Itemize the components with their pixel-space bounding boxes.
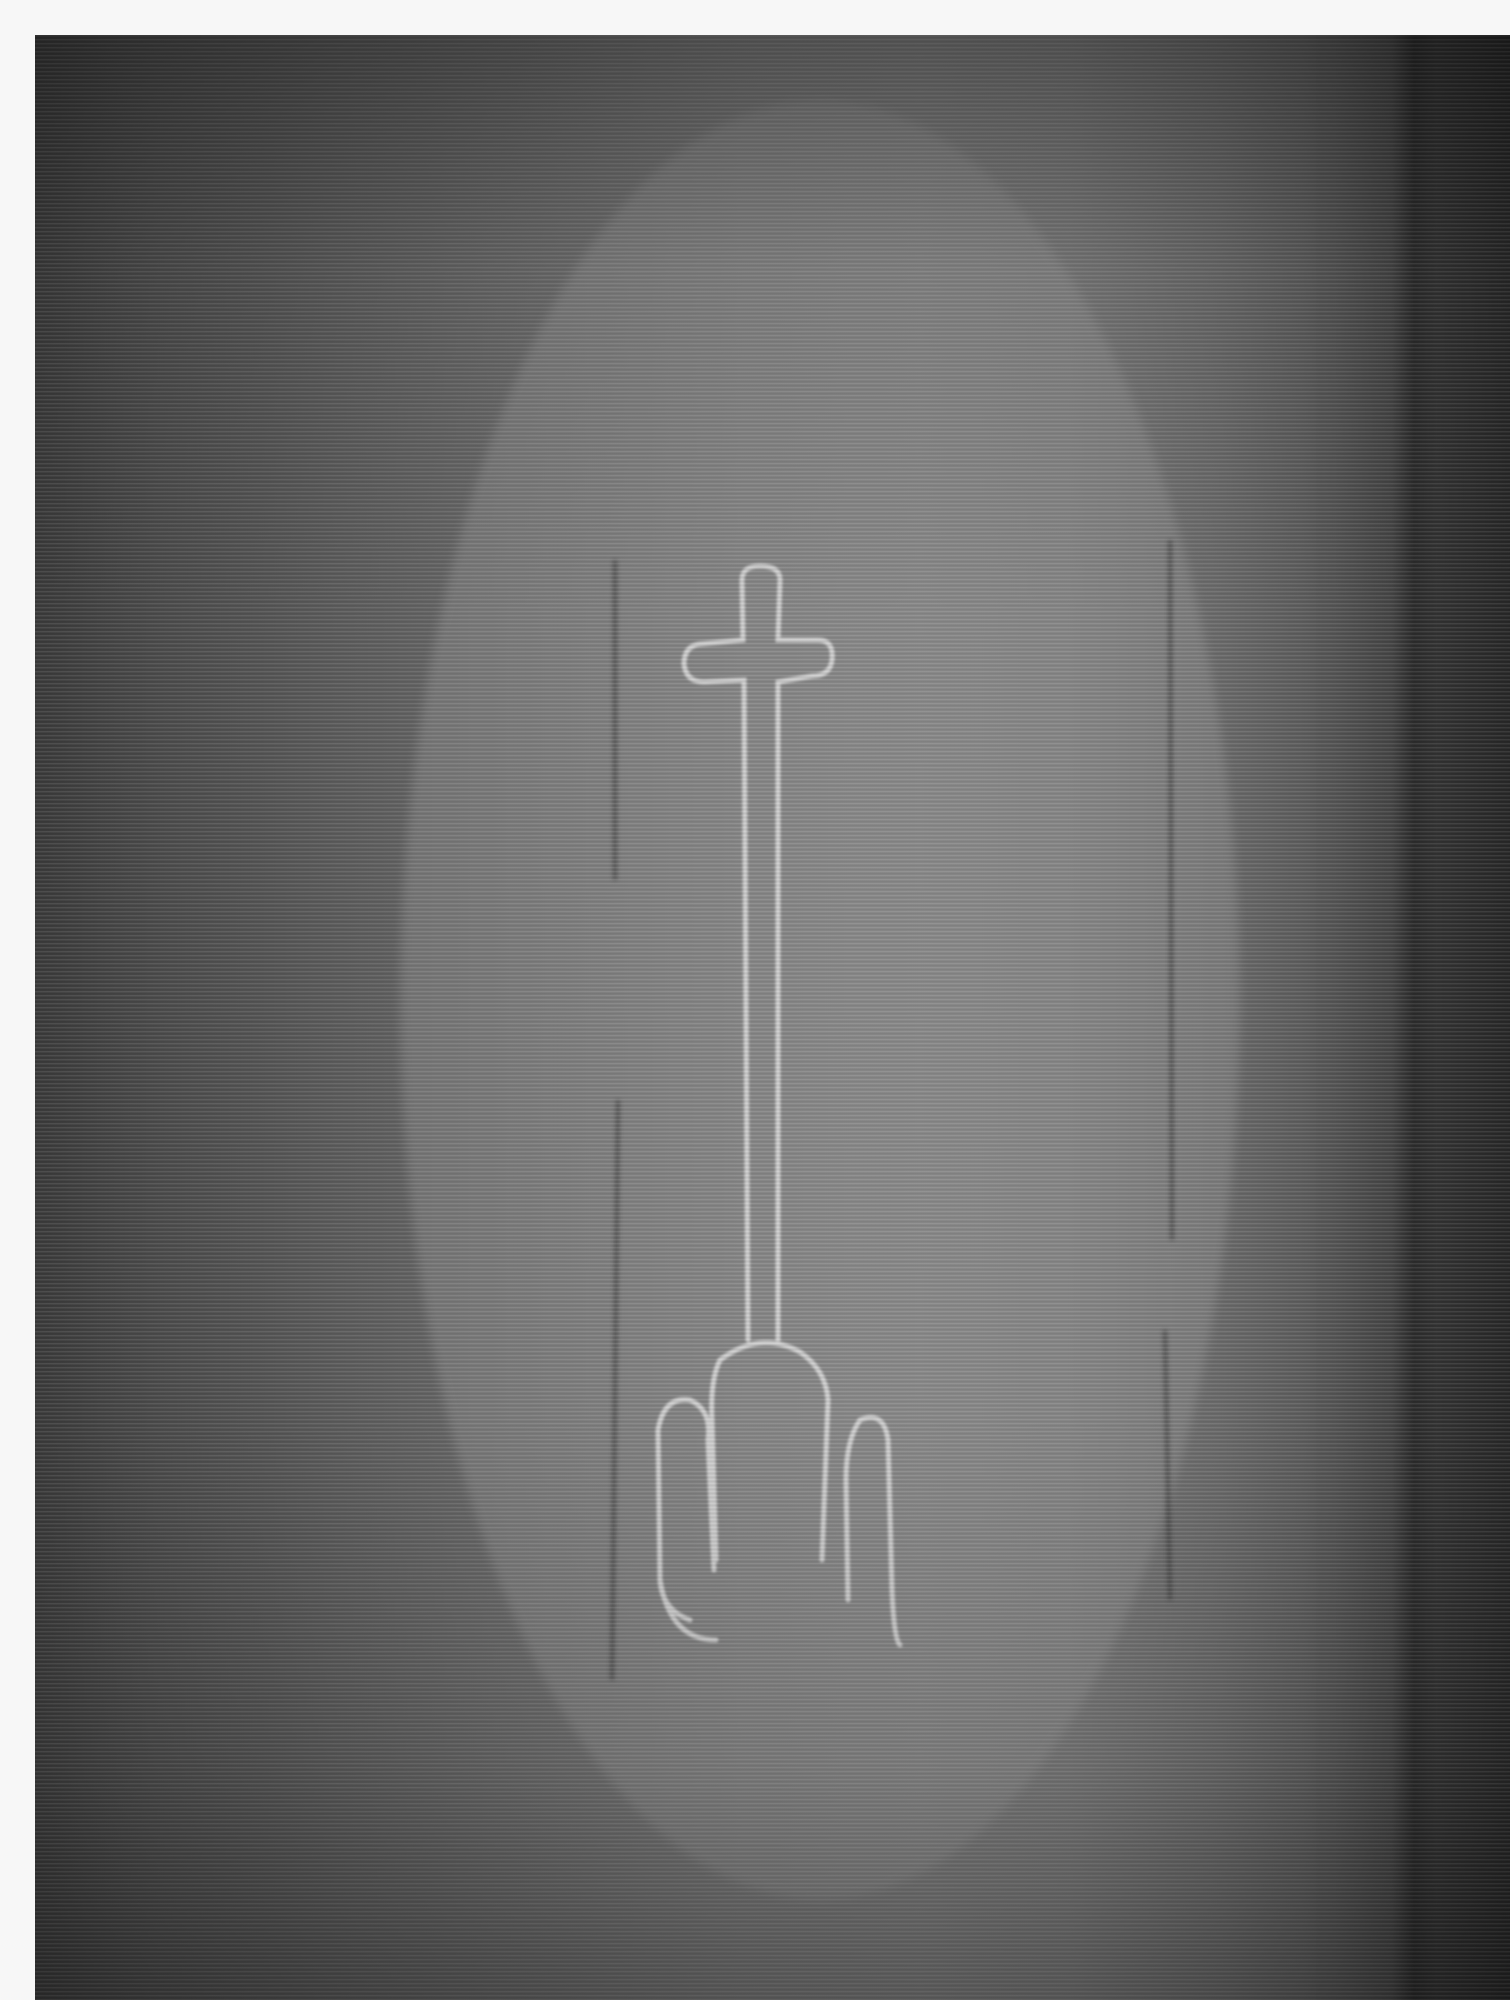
top-ruler-ticks — [0, 0, 1510, 35]
left-ruler-ticks — [0, 0, 35, 2000]
left-ruler — [0, 0, 35, 2000]
manuscript-scan-image — [35, 35, 1510, 2000]
scan-vignette — [35, 35, 1510, 2000]
top-ruler — [0, 0, 1510, 35]
